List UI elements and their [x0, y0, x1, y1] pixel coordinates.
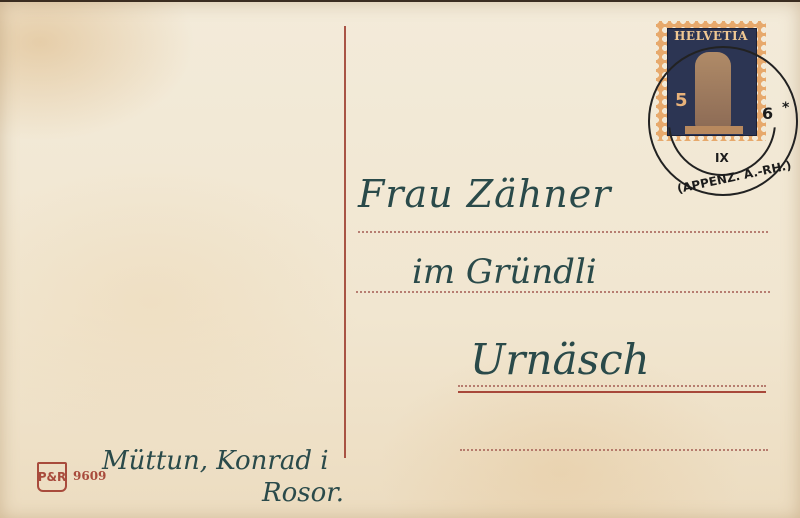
message-line-2: Rosor.: [262, 478, 344, 508]
stamp-country: HELVETIA: [667, 28, 755, 45]
publisher-logo: P&R: [37, 462, 67, 492]
address-town: Urnäsch: [470, 335, 650, 384]
message-line-1: Müttun, Konrad i: [102, 446, 329, 476]
address-line-4: [460, 449, 768, 451]
center-divider: [344, 26, 346, 458]
address-street: im Gründli: [412, 252, 597, 292]
postmark-date: IX: [715, 151, 729, 165]
address-underline: [458, 391, 766, 393]
address-line-1: [358, 231, 768, 233]
postmark-number: 6: [762, 104, 773, 123]
address-line-3: [458, 385, 766, 387]
postmark-star-icon: *: [782, 100, 789, 116]
address-recipient: Frau Zähner: [358, 172, 611, 216]
